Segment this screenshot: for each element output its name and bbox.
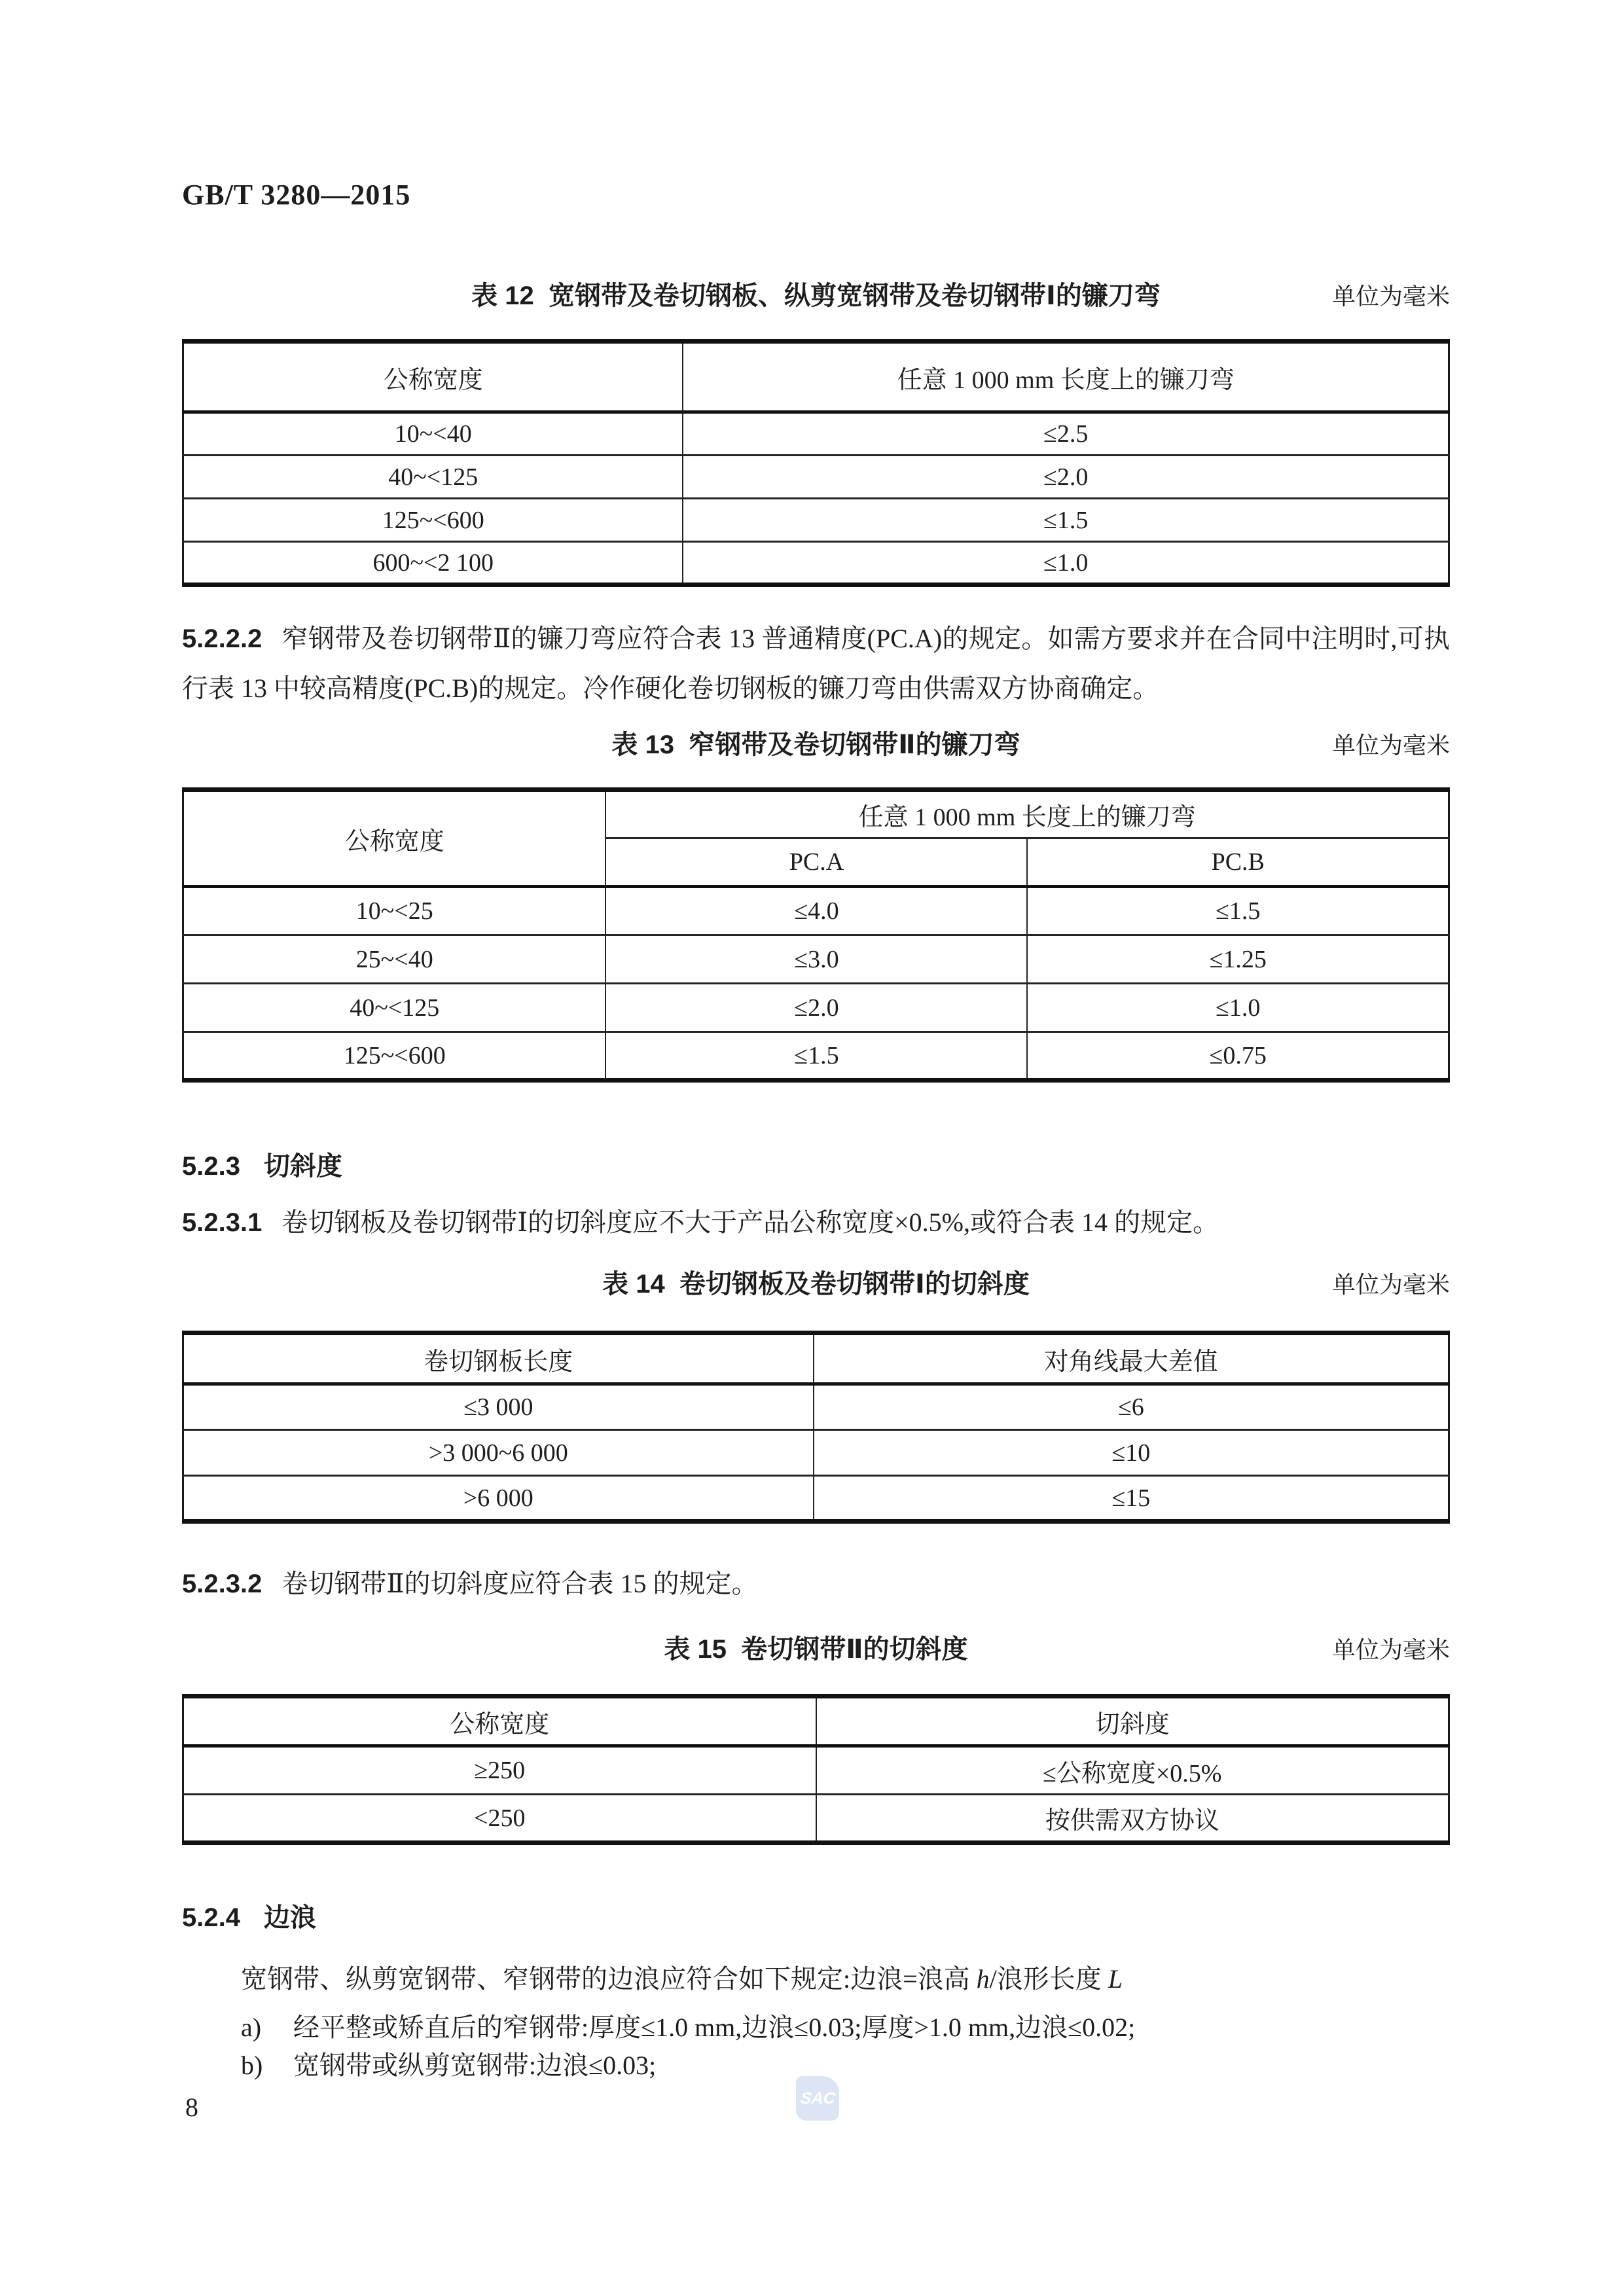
clause-text: 卷切钢板及卷切钢带Ⅰ的切斜度应不大于产品公称宽度×0.5%,或符合表 14 的规… [281, 1208, 1219, 1237]
table-row: >6 000 ≤15 [183, 1476, 1449, 1522]
table-cell: ≤2.0 [683, 456, 1449, 499]
table-15-header-row: 公称宽度 切斜度 [183, 1696, 1449, 1746]
document-page: GB/T 3280—2015 表 12 宽钢带及卷切钢板、纵剪宽钢带及卷切钢带Ⅰ… [0, 0, 1624, 2296]
list-item-text: 宽钢带或纵剪宽钢带:边浪≤0.03; [293, 2051, 656, 2080]
table-cell: ≤2.5 [683, 412, 1449, 456]
clause-number: 5.2.4 [182, 1903, 240, 1933]
table-row: ≥250 ≤公称宽度×0.5% [183, 1746, 1449, 1795]
intro-text: 宽钢带、纵剪宽钢带、窄钢带的边浪应符合如下规定:边浪=浪高 [241, 1964, 977, 1994]
clause-5-2-2-2: 5.2.2.2窄钢带及卷切钢带Ⅱ的镰刀弯应符合表 13 普通精度(PC.A)的规… [182, 614, 1450, 713]
table-12-unit-label: 单位为毫米 [1332, 278, 1450, 312]
table-row: 25~<40 ≤3.0 ≤1.25 [183, 935, 1449, 984]
table-row: >3 000~6 000 ≤10 [183, 1430, 1449, 1476]
table-13-unit-label: 单位为毫米 [1332, 727, 1450, 761]
table-cell: ≤1.5 [605, 1032, 1027, 1081]
page-number: 8 [185, 2092, 198, 2123]
table-cell: >3 000~6 000 [183, 1430, 814, 1476]
clause-text: 窄钢带及卷切钢带Ⅱ的镰刀弯应符合表 13 普通精度(PC.A)的规定。如需方要求… [182, 624, 1450, 703]
clause-5-2-4-intro: 宽钢带、纵剪宽钢带、窄钢带的边浪应符合如下规定:边浪=浪高 h/浪形长度 L [182, 1962, 1509, 1996]
table-15-title: 表 15 卷切钢带Ⅱ的切斜度 [182, 1628, 1450, 1666]
table-row: 125~<600 ≤1.5 [183, 499, 1449, 542]
table-cell: ≤3.0 [605, 935, 1027, 984]
table-cell: ≤1.0 [1027, 984, 1449, 1032]
table-row: 125~<600 ≤1.5 ≤0.75 [183, 1032, 1449, 1081]
table-12-header-cell: 公称宽度 [183, 342, 683, 412]
table-12-header-cell: 任意 1 000 mm 长度上的镰刀弯 [683, 342, 1449, 412]
sac-watermark-logo: SAC [796, 2076, 839, 2121]
table-cell: 40~<125 [183, 456, 683, 499]
clause-number: 5.2.3.1 [182, 1206, 262, 1240]
table-12: 公称宽度 任意 1 000 mm 长度上的镰刀弯 10~<40 ≤2.5 40~… [182, 339, 1450, 587]
table-cell: ≤15 [814, 1476, 1449, 1522]
table-15-title-row: 表 15 卷切钢带Ⅱ的切斜度 单位为毫米 [182, 1628, 1450, 1666]
list-item-label: b) [241, 2049, 293, 2083]
table-row: 40~<125 ≤2.0 ≤1.0 [183, 984, 1449, 1032]
table-cell: 125~<600 [183, 499, 683, 542]
table-cell: 40~<125 [183, 984, 606, 1032]
table-13-subheader-cell: PC.B [1027, 838, 1449, 887]
table-13-title: 表 13 窄钢带及卷切钢带Ⅱ的镰刀弯 [182, 724, 1450, 761]
table-cell: ≤公称宽度×0.5% [816, 1746, 1449, 1795]
clause-5-2-3-heading: 5.2.3切斜度 [182, 1145, 1450, 1183]
table-row: 40~<125 ≤2.0 [183, 456, 1449, 499]
variable-h: h [977, 1964, 990, 1994]
table-cell: ≤10 [814, 1430, 1449, 1476]
list-item-text: 经平整或矫直后的窄钢带:厚度≤1.0 mm,边浪≤0.03;厚度>1.0 mm,… [293, 2013, 1135, 2042]
table-cell: ≤1.5 [683, 499, 1449, 542]
table-row: ≤3 000 ≤6 [183, 1384, 1449, 1430]
table-cell: ≤2.0 [605, 984, 1027, 1032]
table-cell: ≤6 [814, 1384, 1449, 1430]
table-cell: ≥250 [183, 1746, 816, 1795]
table-13-subheader-cell: PC.A [605, 838, 1027, 887]
clause-number: 5.2.3 [182, 1152, 240, 1181]
table-14-unit-label: 单位为毫米 [1332, 1266, 1450, 1300]
table-15-unit-label: 单位为毫米 [1332, 1632, 1450, 1665]
list-item-b: b)宽钢带或纵剪宽钢带:边浪≤0.03; [182, 2049, 1509, 2083]
table-cell: 600~<2 100 [183, 542, 683, 585]
table-12-title-row: 表 12 宽钢带及卷切钢板、纵剪宽钢带及卷切钢带Ⅰ的镰刀弯 单位为毫米 [182, 275, 1450, 313]
table-15-header-cell: 公称宽度 [183, 1696, 816, 1746]
table-14-header-cell: 卷切钢板长度 [183, 1333, 814, 1384]
table-13-title-row: 表 13 窄钢带及卷切钢带Ⅱ的镰刀弯 单位为毫米 [182, 724, 1450, 762]
table-13-header-cell: 公称宽度 [183, 790, 606, 887]
table-13: 公称宽度 任意 1 000 mm 长度上的镰刀弯 PC.A PC.B 10~<2… [182, 787, 1450, 1083]
table-12-title: 表 12 宽钢带及卷切钢板、纵剪宽钢带及卷切钢带Ⅰ的镰刀弯 [182, 275, 1450, 312]
table-14-header-cell: 对角线最大差值 [814, 1333, 1449, 1384]
table-15-header-cell: 切斜度 [816, 1696, 1449, 1746]
table-14-header-row: 卷切钢板长度 对角线最大差值 [183, 1333, 1449, 1384]
table-cell: >6 000 [183, 1476, 814, 1522]
table-14: 卷切钢板长度 对角线最大差值 ≤3 000 ≤6 >3 000~6 000 ≤1… [182, 1331, 1450, 1524]
table-cell: ≤1.5 [1027, 887, 1449, 935]
table-cell: ≤3 000 [183, 1384, 814, 1430]
table-13-header-row: 公称宽度 任意 1 000 mm 长度上的镰刀弯 [183, 790, 1449, 838]
table-cell: 按供需双方协议 [816, 1795, 1449, 1843]
table-cell: 125~<600 [183, 1032, 606, 1081]
sac-watermark-text: SAC [799, 2089, 836, 2108]
table-14-title-row: 表 14 卷切钢板及卷切钢带Ⅰ的切斜度 单位为毫米 [182, 1263, 1450, 1301]
table-row: 10~<25 ≤4.0 ≤1.5 [183, 887, 1449, 935]
list-item-a: a)经平整或矫直后的窄钢带:厚度≤1.0 mm,边浪≤0.03;厚度>1.0 m… [182, 2011, 1509, 2045]
doc-code: GB/T 3280—2015 [182, 178, 410, 211]
table-cell: 25~<40 [183, 935, 606, 984]
table-cell: ≤1.0 [683, 542, 1449, 585]
table-12-header-row: 公称宽度 任意 1 000 mm 长度上的镰刀弯 [183, 342, 1449, 412]
clause-5-2-4-heading: 5.2.4边浪 [182, 1897, 1450, 1934]
table-15: 公称宽度 切斜度 ≥250 ≤公称宽度×0.5% <250 按供需双方协议 [182, 1694, 1450, 1845]
table-row: 600~<2 100 ≤1.0 [183, 542, 1449, 585]
clause-title: 切斜度 [264, 1145, 342, 1183]
table-cell: <250 [183, 1795, 816, 1843]
clause-title: 边浪 [264, 1897, 316, 1934]
table-cell: ≤4.0 [605, 887, 1027, 935]
table-cell: 10~<25 [183, 887, 606, 935]
intro-text: /浪形长度 [990, 1964, 1108, 1994]
table-14-title: 表 14 卷切钢板及卷切钢带Ⅰ的切斜度 [182, 1263, 1450, 1300]
table-cell: 10~<40 [183, 412, 683, 456]
clause-5-2-3-2: 5.2.3.2卷切钢带Ⅱ的切斜度应符合表 15 的规定。 [182, 1567, 1450, 1601]
table-13-span-header-cell: 任意 1 000 mm 长度上的镰刀弯 [605, 790, 1449, 838]
clause-number: 5.2.2.2 [182, 614, 262, 664]
clause-5-2-3-1: 5.2.3.1卷切钢板及卷切钢带Ⅰ的切斜度应不大于产品公称宽度×0.5%,或符合… [182, 1206, 1450, 1240]
clause-number: 5.2.3.2 [182, 1567, 262, 1601]
table-cell: ≤0.75 [1027, 1032, 1449, 1081]
variable-L: L [1108, 1964, 1123, 1994]
list-item-label: a) [241, 2011, 293, 2045]
table-row: <250 按供需双方协议 [183, 1795, 1449, 1843]
table-cell: ≤1.25 [1027, 935, 1449, 984]
clause-text: 卷切钢带Ⅱ的切斜度应符合表 15 的规定。 [281, 1569, 757, 1598]
table-row: 10~<40 ≤2.5 [183, 412, 1449, 456]
